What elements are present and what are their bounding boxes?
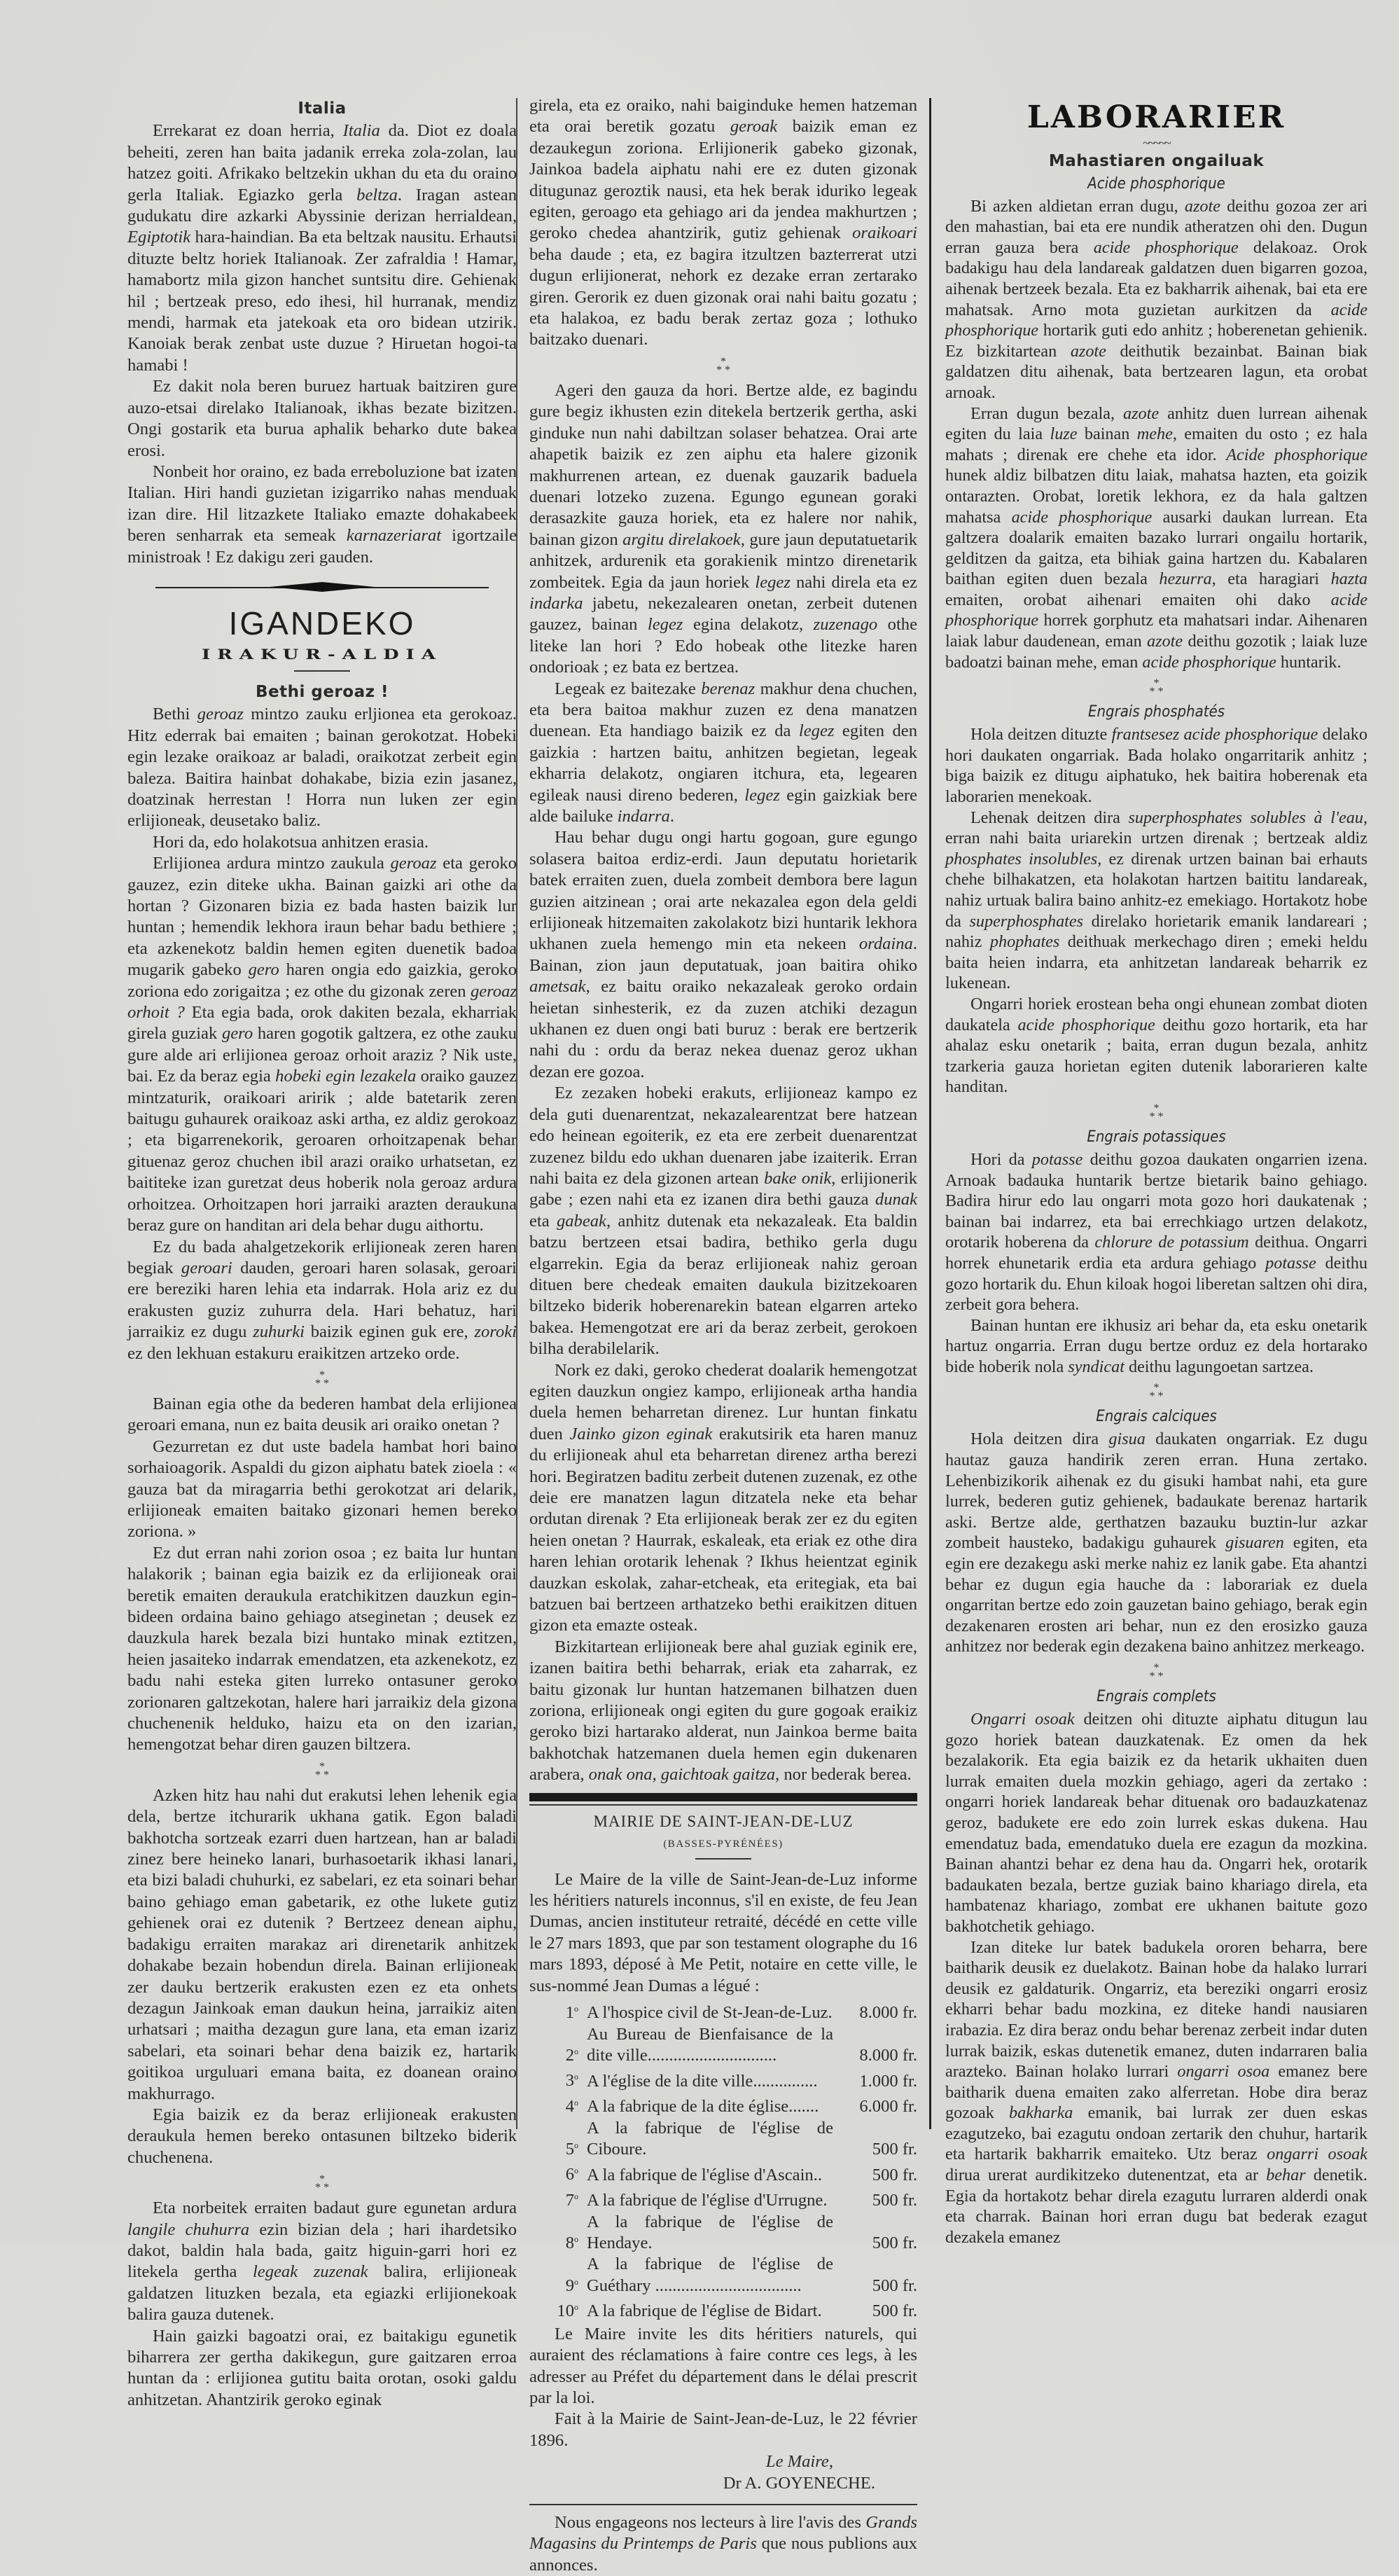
italic-term: geroaz (197, 705, 244, 723)
paragraph: Izan diteke lur batek badukela ororen be… (945, 1937, 1367, 2243)
italic-term: berenaz (701, 679, 755, 698)
paragraph: Eta norbeitek erraiten badaut gure egune… (127, 2198, 517, 2243)
column-middle: girela, eta ez oraiko, nahi baiginduke h… (529, 95, 917, 2243)
legacy-item: 1oA l'hospice civil de St-Jean-de-Luz.8.… (529, 1998, 917, 2024)
column-rule-right (929, 98, 931, 2129)
italic-term: geroak (730, 117, 777, 136)
ornamental-divider (155, 581, 489, 595)
italic-term: zuhurki (253, 1322, 305, 1341)
legacy-item: 4oA la fabrique de la dite église.......… (529, 2092, 917, 2118)
italic-term: acide phosphorique (1017, 1016, 1155, 1034)
paragraph: Lehenak deitzen dira superphosphates sol… (945, 808, 1367, 994)
italic-term: geroaz (391, 854, 437, 873)
italic-term: acide phosphorique (945, 300, 1367, 340)
section-subheading: Engrais complets (966, 1687, 1346, 1708)
italic-term: indarka (529, 594, 583, 613)
legacy-item: 5oA la fabrique de l'église de Ciboure.5… (529, 2118, 917, 2161)
laborarier-sections: Acide phosphoriqueBi azken aldietan erra… (945, 174, 1367, 2243)
asterism-icon: ** * (945, 1664, 1367, 1681)
italic-term: hezurra (1159, 569, 1211, 588)
mairie-title: MAIRIE DE SAINT-JEAN-DE-LUZ (529, 1811, 917, 1832)
italic-term: gero (222, 1024, 253, 1043)
legacy-description: A la fabrique de l'église d'Ascain.. (587, 2165, 833, 2186)
italic-term: acide phosphorique (945, 590, 1367, 630)
paragraph: Hola deitzen dituzte frantsesez acide ph… (945, 724, 1367, 807)
bethi-geroaz-continued-2: Ageri den gauza da hori. Bertze alde, ez… (529, 380, 917, 1786)
italic-term: phosphates insolubles (945, 850, 1097, 868)
newspaper-page: Italia Errekarat ez doan herria, Italia … (0, 0, 1399, 2243)
legacy-amount: 500 fr. (833, 2233, 917, 2243)
legacy-number: 2o (529, 2041, 587, 2067)
paragraph: Nork ez daki, geroko chederat doalarik h… (529, 1360, 917, 1637)
legacy-number: 5o (529, 2135, 587, 2161)
mairie-subtitle: (BASSES-PYRÉNÉES) (529, 1834, 917, 1855)
legacy-amount: 500 fr. (833, 2190, 917, 2211)
italic-term: hazta (1331, 569, 1367, 588)
paragraph: Egia baizik ez da beraz erlijioneak erak… (127, 2105, 517, 2168)
legacy-item: 3oA l'église de la dite ville...........… (529, 2066, 917, 2092)
italic-term: zoroki (474, 1322, 517, 1341)
italic-term: ongarri osoak (1267, 2145, 1367, 2163)
legacy-description: A la fabrique de l'église de Hendaye. (587, 2212, 833, 2243)
italic-term: indarra (618, 807, 670, 826)
legacy-number: 7o (529, 2186, 587, 2212)
paragraph: Azken hitz hau nahi dut erakutsi lehen l… (127, 1785, 517, 2105)
italic-term: Ongarri osoak (970, 1710, 1075, 1729)
section-subheading: Acide phosphorique (966, 174, 1346, 195)
legacy-description: Au Bureau de Bienfaisance de la dite vil… (587, 2024, 833, 2067)
legacy-number: 4o (529, 2092, 587, 2118)
paragraph: Hola deitzen dira gisua daukaten ongarri… (945, 1429, 1367, 1657)
thick-divider (529, 1793, 917, 1801)
paragraph: Hori da potasse deithu gozoa daukaten on… (945, 1149, 1367, 1315)
legacy-amount: 1.000 fr. (833, 2071, 917, 2092)
italic-term: oraikoari (852, 223, 917, 242)
italic-term: acide phosphorique (1012, 508, 1153, 527)
legacy-list: 1oA l'hospice civil de St-Jean-de-Luz.8.… (529, 1998, 917, 2243)
italic-term: frantsesez acide phosphorique (1112, 725, 1318, 744)
asterism-icon: ** * (127, 1371, 517, 1388)
legacy-description: A la fabrique de la dite église....... (587, 2096, 833, 2117)
paragraph: Legeak ez baitezake berenaz makhur dena … (529, 679, 917, 828)
italic-term: legez (799, 721, 835, 740)
irakur-aldia-subtitle: IRAKUR-ALDIA (127, 645, 517, 664)
short-rule (294, 670, 350, 672)
italic-term: superphosphates (969, 912, 1083, 931)
mahastiaren-heading: Mahastiaren ongailuak (945, 151, 1367, 172)
paragraph: Gezurretan ez dut uste badela hambat hor… (127, 1436, 517, 1543)
italic-term: azote (1147, 632, 1183, 651)
paragraph: Bainan egia othe da bederen hambat dela … (127, 1394, 517, 1436)
legacy-item: 2oAu Bureau de Bienfaisance de la dite v… (529, 2024, 917, 2067)
legacy-description: A la fabrique de l'église d'Urrugne. (587, 2190, 833, 2211)
italic-term: argitu direlakoek (622, 530, 741, 549)
asterism-icon: ** * (945, 1384, 1367, 1401)
legacy-number: 1o (529, 1998, 587, 2024)
bethi-geroaz-part-2: Bainan egia othe da bederen hambat dela … (127, 1394, 517, 1756)
legacy-number: 6o (529, 2160, 587, 2186)
italic-term: gabeak (557, 1212, 606, 1231)
italia-article: Errekarat ez doan herria, Italia da. Dio… (127, 120, 517, 568)
asterism-icon: ** * (945, 679, 1367, 696)
italic-term: acide phosphorique (1142, 653, 1276, 672)
italic-term: ongarri osoa (1177, 2062, 1269, 2081)
italic-term: geroaz orhoit ? (127, 982, 517, 1022)
italic-term: syndicat (1068, 1357, 1125, 1376)
legacy-amount: 500 fr. (833, 2165, 917, 2186)
legacy-description: A l'hospice civil de St-Jean-de-Luz. (587, 2002, 833, 2023)
italic-term: legez (648, 615, 683, 634)
italic-term: zuzenago (814, 615, 878, 634)
paragraph: girela, eta ez oraiko, nahi baiginduke h… (529, 95, 917, 351)
legacy-amount: 8.000 fr. (833, 2002, 917, 2023)
paragraph: Ongarri osoak deitzen ohi dituzte aiphat… (945, 1709, 1367, 1937)
legacy-number: 8o (529, 2229, 587, 2243)
asterism-icon: ** * (127, 2175, 517, 2192)
italic-term: chlorure de potassium (1094, 1233, 1248, 1252)
italic-term: legez (755, 573, 791, 592)
italic-term: onak ona, gaichtoak gaitza (589, 1765, 775, 1784)
italic-term: luze (1050, 424, 1077, 443)
column-right: LABORARIER ~~~~~ Mahastiaren ongailuak A… (945, 95, 1367, 2243)
italic-term: dunak (875, 1190, 917, 1209)
italic-term: potasse (1032, 1150, 1083, 1169)
asterism-icon: ** * (127, 1763, 517, 1780)
italic-term: azote (1123, 404, 1159, 423)
paragraph: Bethi geroaz mintzo zauku erljionea eta … (127, 704, 517, 831)
short-rule (695, 1858, 751, 1860)
paragraph: Errekarat ez doan herria, Italia da. Dio… (127, 120, 517, 376)
legacy-description: A la fabrique de l'église de Ciboure. (587, 2118, 833, 2161)
italic-term: hobeki egin lezakela (275, 1067, 416, 1086)
paragraph: Ongarri horiek erostean beha ongi ehunea… (945, 994, 1367, 1097)
thin-divider (529, 1804, 917, 1806)
italic-term: gero (249, 960, 279, 979)
paragraph: Ez dakit nola beren buruez hartuak baitz… (127, 376, 517, 462)
italic-term: Italia (343, 121, 380, 140)
italic-term: legez (744, 786, 780, 805)
bethi-geroaz-continued-1: girela, eta ez oraiko, nahi baiginduke h… (529, 95, 917, 351)
italia-heading: Italia (127, 98, 517, 119)
legacy-item: 6oA la fabrique de l'église d'Ascain..50… (529, 2160, 917, 2186)
paragraph: Ez dut erran nahi zorion osoa ; ez baita… (127, 1543, 517, 1756)
column-left: Italia Errekarat ez doan herria, Italia … (127, 95, 517, 2243)
italic-term: langile chuhurra (127, 2220, 249, 2239)
igandeko-title: IGANDEKO (127, 604, 517, 642)
italic-term: bake onik (764, 1169, 831, 1188)
italic-term: azote (1071, 342, 1106, 361)
italic-term: potasse (1265, 1254, 1316, 1273)
paragraph: Erran dugun bezala, azote anhitz duen lu… (945, 403, 1367, 673)
asterism-icon: ** * (529, 358, 917, 375)
italic-term: behar (1266, 2166, 1305, 2184)
paragraph: Ez zezaken hobeki erakuts, erlijioneaz k… (529, 1083, 917, 1359)
legacy-amount: 8.000 fr. (833, 2045, 917, 2066)
italic-term: acide phosphorique (1094, 238, 1239, 257)
italic-term: Egiptotik (127, 228, 190, 247)
section-subheading: Engrais calciques (966, 1406, 1346, 1427)
section-subheading: Engrais potassiques (966, 1127, 1346, 1148)
paragraph: Bizkitartean erlijioneak bere ahal guzia… (529, 1637, 917, 1786)
bethi-geroaz-heading: Bethi geroaz ! (127, 681, 517, 702)
italic-term: Jainko gizon eginak (570, 1425, 713, 1443)
paragraph: Hori da, edo holakotsua anhitzen erasia. (127, 832, 517, 853)
legacy-number: 3o (529, 2066, 587, 2092)
wavy-ornament-icon: ~~~~~ (945, 137, 1367, 148)
paragraph: Nonbeit hor oraino, ez bada erreboluzion… (127, 462, 517, 568)
paragraph: Bainan huntan ere ikhusiz ari behar da, … (945, 1315, 1367, 1378)
paragraph: Ez du bada ahalgetzekorik erlijioneak ze… (127, 1237, 517, 1364)
italic-term: phophates (990, 932, 1059, 951)
italic-term: beltza (356, 186, 398, 205)
italic-term: mehe (1137, 424, 1173, 443)
italic-term: azote (1185, 197, 1220, 216)
asterism-icon: ** * (945, 1105, 1367, 1121)
italic-term: gisuaren (1225, 1533, 1284, 1552)
legacy-amount: 6.000 fr. (833, 2096, 917, 2117)
paragraph: Hau behar dugu ongi hartu gogoan, gure e… (529, 827, 917, 1083)
bethi-geroaz-part-1: Bethi geroaz mintzo zauku erljionea eta … (127, 704, 517, 1364)
italic-term: ordaina (859, 934, 913, 953)
italic-term: geroari (181, 1259, 232, 1277)
italic-term: karnazeriarat (347, 526, 441, 545)
paragraph: Bi azken aldietan erran dugu, azote deit… (945, 196, 1367, 403)
legacy-amount: 500 fr. (833, 2139, 917, 2160)
bethi-geroaz-part-4: Eta norbeitek erraiten badaut gure egune… (127, 2198, 517, 2243)
paragraph: Erlijionea ardura mintzo zaukula geroaz … (127, 853, 517, 1236)
diamond-ornament-icon (270, 582, 375, 592)
section-subheading: Engrais phosphatés (966, 702, 1346, 723)
italic-term: gisua (1108, 1429, 1145, 1448)
mairie-intro: Le Maire de la ville de Saint-Jean-de-Lu… (529, 1869, 917, 1997)
italic-term: bakharka (1009, 2103, 1073, 2122)
italic-term: superphosphates solubles à l'eau (1128, 808, 1363, 827)
laborarier-title: LABORARIER (945, 99, 1367, 136)
paragraph: Ageri den gauza da hori. Bertze alde, ez… (529, 380, 917, 679)
italic-term: ametsak (529, 977, 586, 996)
legacy-item: 8oA la fabrique de l'église de Hendaye.5… (529, 2212, 917, 2243)
italic-term: Acide phosphorique (1226, 445, 1367, 464)
legacy-description: A l'église de la dite ville.............… (587, 2071, 833, 2092)
bethi-geroaz-part-3: Azken hitz hau nahi dut erakutsi lehen l… (127, 1785, 517, 2168)
legacy-item: 7oA la fabrique de l'église d'Urrugne.50… (529, 2186, 917, 2212)
